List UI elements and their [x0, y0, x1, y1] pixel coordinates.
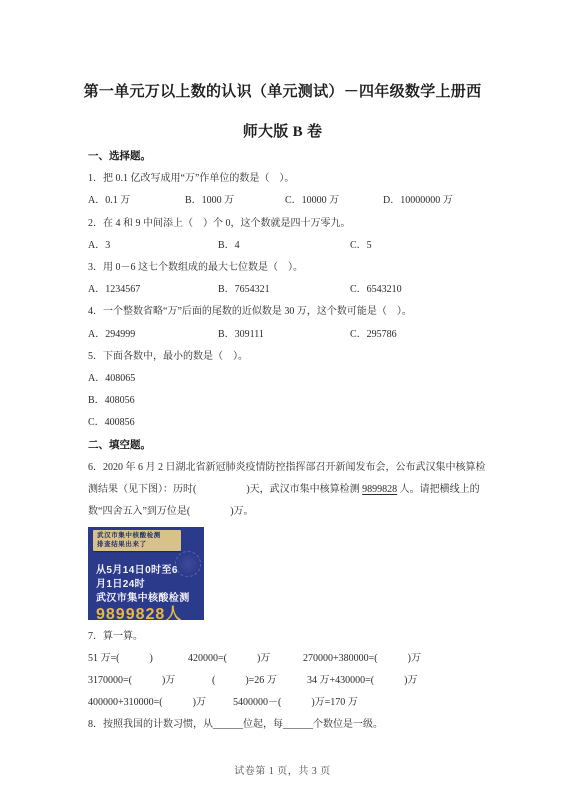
poster-banner: 武汉市集中核酸检测 排查结果出来了	[93, 530, 181, 551]
q7-calc-row-3: 400000+310000=( )万 5400000－( )万=170 万	[88, 692, 492, 714]
q7-r1-c3: 270000+380000=( )万	[303, 648, 421, 670]
poster-date-line-2: 月1日24时	[96, 578, 190, 592]
q7-r3-c2: 5400000－( )万=170 万	[233, 692, 358, 714]
page-title: 第一单元万以上数的认识（单元测试）－四年级数学上册西 师大版 B 卷	[40, 72, 525, 152]
test-paper-page: 第一单元万以上数的认识（单元测试）－四年级数学上册西 师大版 B 卷 一、选择题…	[0, 0, 565, 800]
option-q4-b: B．309111	[218, 324, 350, 346]
option-q3-b: B．7654321	[218, 279, 350, 301]
nucleic-acid-test-poster-image: 武汉市集中核酸检测 排查结果出来了 从5月14日0时至6 月1日24时 武汉市集…	[88, 527, 204, 620]
q7-r1-c1: 51 万=( )	[88, 648, 188, 670]
options-row-q4: A．294999 B．309111 C．295786	[88, 324, 492, 346]
question-stem-8: 8．按照我国的计数习惯，从______位起，每______个数位是一级。	[88, 714, 492, 736]
question-stem-2: 2．在 4 和 9 中间添上（ ）个 0，这个数就是四十万零九。	[88, 213, 492, 235]
options-row-q3: A．1234567 B．7654321 C．6543210	[88, 279, 492, 301]
question-stem-7: 7．算一算。	[88, 626, 492, 648]
option-q1-a: A．0.1 万	[88, 190, 185, 212]
q7-r2-c2: ( )=26 万	[212, 670, 307, 692]
content-upper: 一、选择题。 1．把 0.1 亿改写成用“万”作单位的数是（ ）。 A．0.1 …	[88, 146, 492, 523]
content-lower: 7．算一算。 51 万=( ) 420000=( )万 270000+38000…	[88, 626, 492, 736]
q6-line2-suffix: 人。请把横线上的	[397, 484, 480, 495]
poster-banner-line-2: 排查结果出来了	[97, 540, 181, 549]
option-q4-a: A．294999	[88, 324, 218, 346]
option-q5-b: B．408056	[88, 390, 492, 412]
question-stem-5: 5．下面各数中，最小的数是（ ）。	[88, 346, 492, 368]
options-row-q1: A．0.1 万 B．1000 万 C．10000 万 D．10000000 万	[88, 190, 492, 212]
q7-calc-row-2: 3170000=( )万 ( )=26 万 34 万+430000=( )万	[88, 670, 492, 692]
option-q1-c: C．10000 万	[285, 190, 383, 212]
q6-underlined-number: 9899828	[362, 484, 397, 495]
poster-main-text: 从5月14日0时至6 月1日24时 武汉市集中核酸检测 9899828人	[96, 564, 190, 620]
option-q3-a: A．1234567	[88, 279, 218, 301]
poster-banner-line-1: 武汉市集中核酸检测	[97, 531, 181, 540]
option-q5-c: C．400856	[88, 412, 492, 434]
option-q2-c: C．5	[350, 235, 372, 257]
q7-calc-row-1: 51 万=( ) 420000=( )万 270000+380000=( )万	[88, 648, 492, 670]
poster-count-number: 9899828人	[96, 606, 190, 620]
option-q3-c: C．6543210	[350, 279, 402, 301]
option-q4-c: C．295786	[350, 324, 397, 346]
option-q1-d: D．10000000 万	[383, 190, 453, 212]
question-6-line-1: 6．2020 年 6 月 2 日湖北省新冠肺炎疫情防控指挥部召开新闻发布会，公布…	[88, 457, 492, 479]
option-q5-a: A．408065	[88, 368, 492, 390]
section-heading-fill: 二、填空题。	[88, 435, 492, 457]
poster-date-line-1: 从5月14日0时至6	[96, 564, 190, 578]
poster-subject-line: 武汉市集中核酸检测	[96, 592, 190, 606]
question-stem-1: 1．把 0.1 亿改写成用“万”作单位的数是（ ）。	[88, 168, 492, 190]
option-q2-a: A．3	[88, 235, 218, 257]
title-line-1: 第一单元万以上数的认识（单元测试）－四年级数学上册西	[40, 72, 525, 112]
question-6-line-3: 数“四舍五入”到万位是( )万。	[88, 501, 492, 523]
q7-r2-c1: 3170000=( )万	[88, 670, 212, 692]
q7-r2-c3: 34 万+430000=( )万	[307, 670, 417, 692]
q7-r3-c1: 400000+310000=( )万	[88, 692, 233, 714]
question-stem-3: 3．用 0－6 这七个数组成的最大七位数是（ ）。	[88, 257, 492, 279]
question-stem-4: 4．一个整数省略“万”后面的尾数的近似数是 30 万，这个数可能是（ ）。	[88, 301, 492, 323]
section-heading-choice: 一、选择题。	[88, 146, 492, 168]
question-6-line-2: 测结果（见下图）：历时( )天，武汉市集中核算检测 9899828 人。请把横线…	[88, 479, 492, 501]
q6-line2-prefix: 测结果（见下图）：历时( )天，武汉市集中核算检测	[88, 484, 362, 495]
option-q2-b: B．4	[218, 235, 350, 257]
q7-r1-c2: 420000=( )万	[188, 648, 303, 670]
option-q1-b: B．1000 万	[185, 190, 285, 212]
options-row-q2: A．3 B．4 C．5	[88, 235, 492, 257]
page-footer: 试卷第 1 页，共 3 页	[0, 762, 565, 777]
